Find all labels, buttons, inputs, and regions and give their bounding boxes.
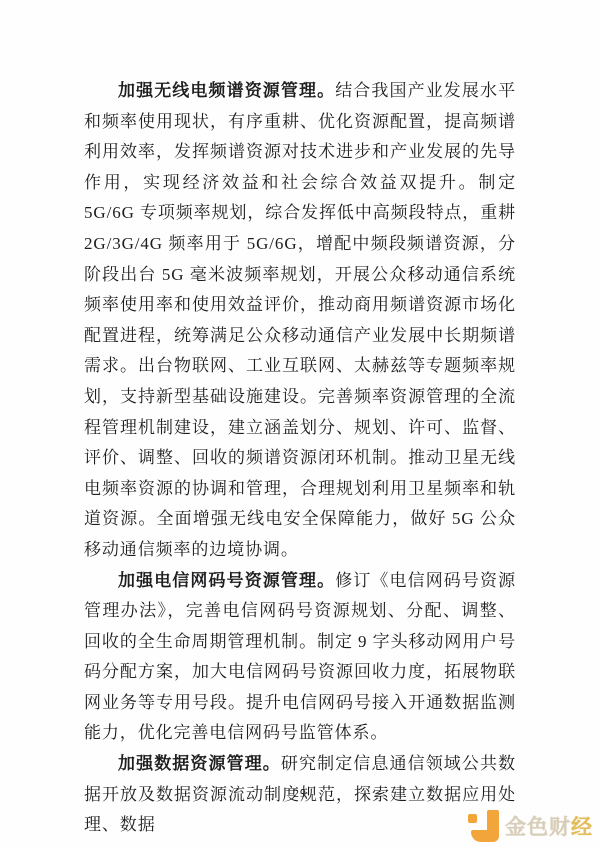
document-page: 加强无线电频谱资源管理。结合我国产业发展水平和频率使用现状，有序重耕、优化资源配… (0, 0, 600, 848)
paragraph-text: 修订《电信网码号资源管理办法》，完善电信网码号资源规划、分配、调整、回收的全生命… (84, 571, 516, 743)
brand-text: 金色财经 (505, 811, 593, 841)
paragraph-heading: 加强数据资源管理。 (118, 754, 281, 773)
brand-text-main: 金色财 (505, 815, 571, 839)
logo-dot-shape (468, 814, 477, 823)
paragraph-spectrum-management: 加强无线电频谱资源管理。结合我国产业发展水平和频率使用现状，有序重耕、优化资源配… (84, 76, 516, 566)
document-body: 加强无线电频谱资源管理。结合我国产业发展水平和频率使用现状，有序重耕、优化资源配… (84, 76, 516, 841)
logo-foot-shape (471, 830, 494, 842)
page-number: 29 (0, 786, 600, 801)
paragraph-number-resources: 加强电信网码号资源管理。修订《电信网码号资源管理办法》，完善电信网码号资源规划、… (84, 566, 516, 750)
paragraph-text: 结合我国产业发展水平和频率使用现状，有序重耕、优化资源配置，提高频谱利用效率，发… (84, 81, 516, 559)
paragraph-heading: 加强无线电频谱资源管理。 (118, 81, 335, 100)
brand-watermark: 金色财经 (468, 807, 593, 844)
paragraph-heading: 加强电信网码号资源管理。 (118, 571, 335, 590)
brand-text-last: 经 (571, 815, 593, 839)
jinse-logo-icon (468, 807, 500, 844)
